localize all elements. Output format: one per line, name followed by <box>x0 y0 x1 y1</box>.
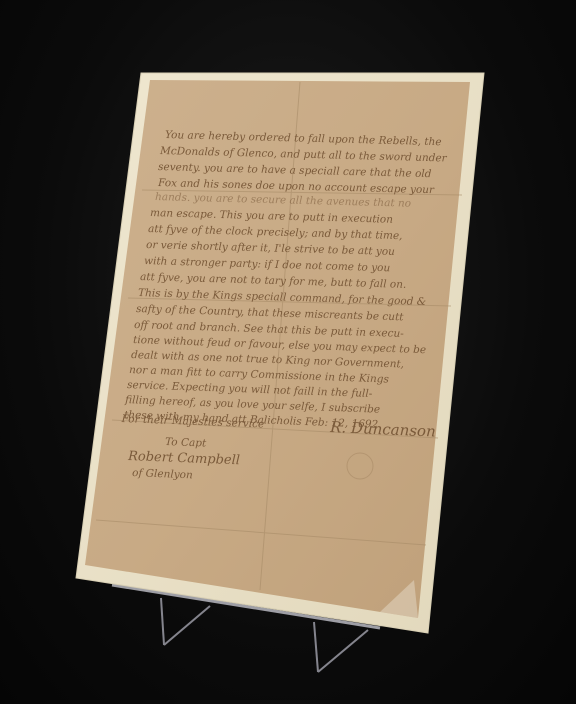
doc-address-line: of Glenlyon <box>132 467 193 481</box>
doc-address-line: To Capt <box>165 436 207 450</box>
photo-scene: You are hereby ordered to fall upon the … <box>0 0 576 700</box>
